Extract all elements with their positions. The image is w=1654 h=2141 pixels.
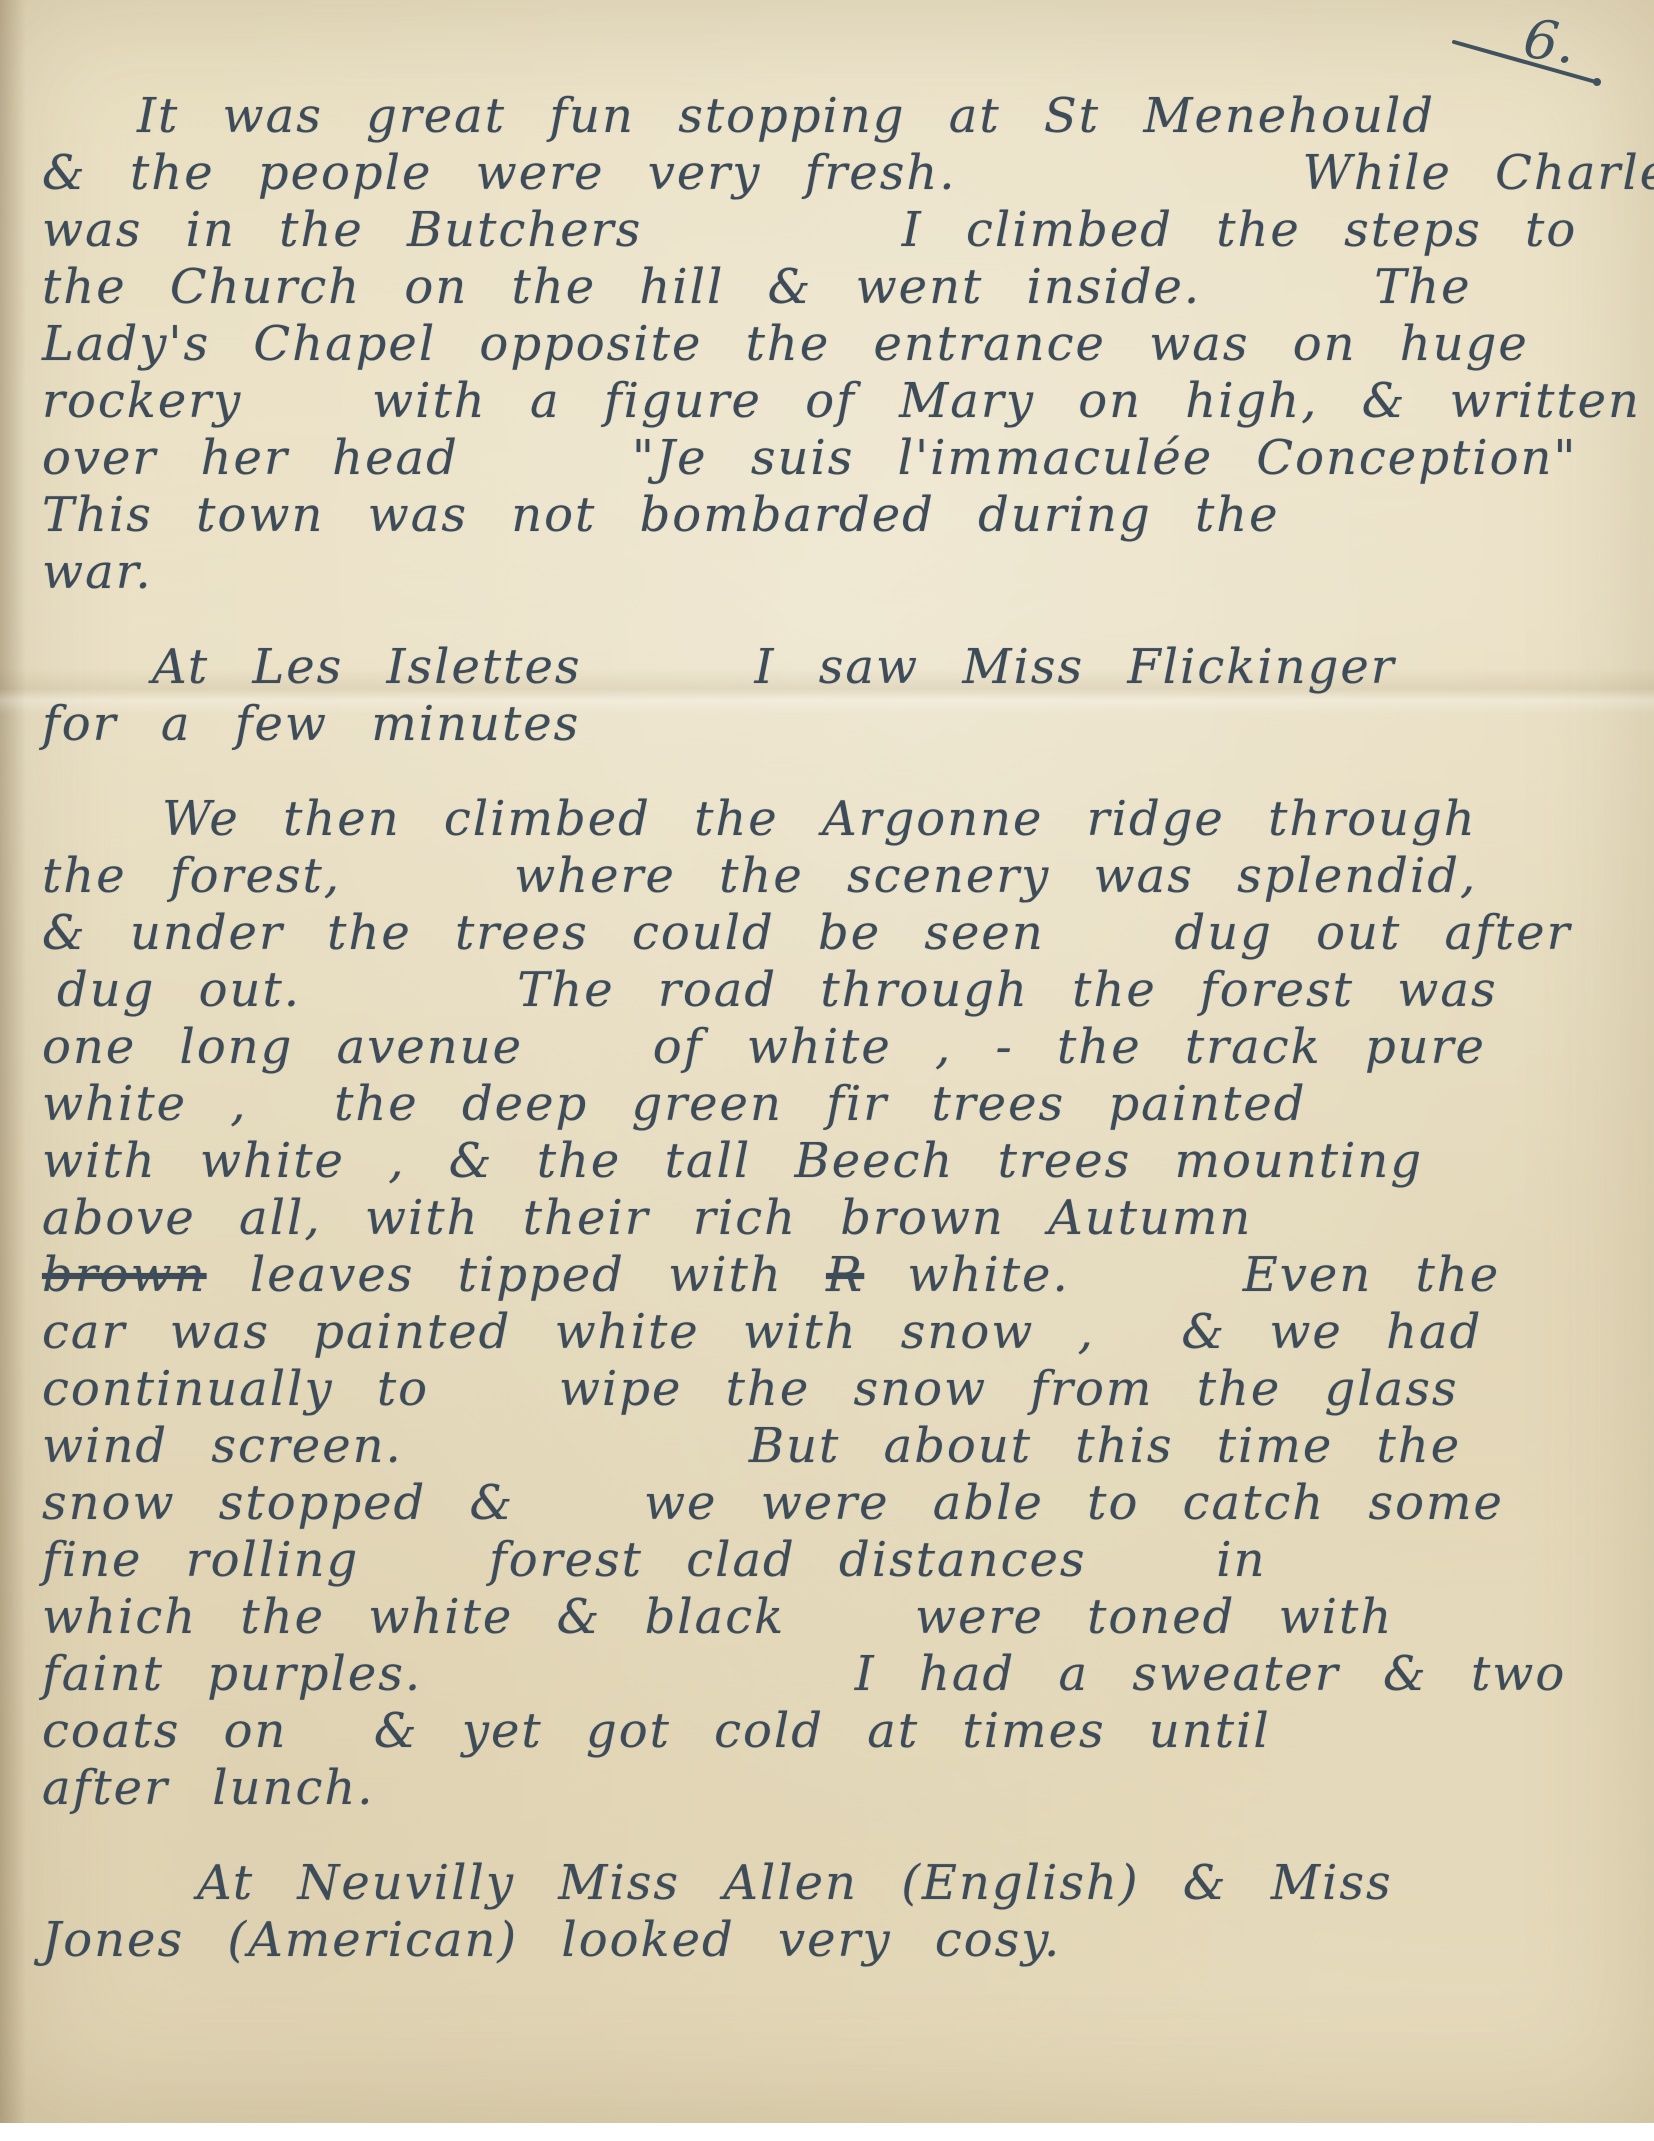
struck-out-word: brown: [42, 1247, 207, 1303]
scanned-letter-page: 6. It was great fun stopping at St Meneh…: [0, 0, 1654, 2141]
text-segment: snow stopped & we were able to catch som…: [42, 1475, 1504, 1531]
paper-edge-shadow: [0, 0, 26, 2123]
text-segment: fine rolling forest clad distances in: [42, 1532, 1267, 1588]
handwritten-line: snow stopped & we were able to catch som…: [42, 1475, 1654, 1532]
handwritten-line: war.: [42, 544, 1654, 601]
text-segment: the Church on the hill & went inside. Th…: [42, 259, 1472, 315]
handwritten-line: one long avenue of white , - the track p…: [42, 1019, 1654, 1076]
text-segment: continually to wipe the snow from the gl…: [42, 1361, 1459, 1417]
handwritten-line: car was painted white with snow , & we h…: [42, 1304, 1654, 1361]
text-segment: white. Even the: [864, 1247, 1500, 1303]
text-segment: faint purples. I had a sweater & two: [42, 1646, 1566, 1702]
text-segment: & under the trees could be seen dug out …: [42, 905, 1572, 961]
handwritten-line: the forest, where the scenery was splend…: [42, 848, 1654, 905]
handwritten-line: white , the deep green fir trees painted: [42, 1076, 1654, 1133]
handwritten-line: for a few minutes: [42, 696, 1654, 753]
text-segment: Jones (American) looked very cosy.: [42, 1912, 1061, 1968]
handwritten-line: fine rolling forest clad distances in: [42, 1532, 1654, 1589]
handwritten-line: was in the Butchers I climbed the steps …: [42, 202, 1654, 259]
handwritten-line: It was great fun stopping at St Menehoul…: [42, 88, 1654, 145]
text-segment: We then climbed the Argonne ridge throug…: [162, 791, 1477, 847]
text-segment: which the white & black were toned with: [42, 1589, 1393, 1645]
handwritten-line: & under the trees could be seen dug out …: [42, 905, 1654, 962]
text-segment: wind screen. But about this time the: [42, 1418, 1461, 1474]
paragraph: We then climbed the Argonne ridge throug…: [42, 791, 1654, 1817]
handwritten-line: rockery with a figure of Mary on high, &…: [42, 373, 1654, 430]
handwritten-line: At Neuvilly Miss Allen (English) & Miss: [42, 1855, 1654, 1912]
paragraph: At Neuvilly Miss Allen (English) & MissJ…: [42, 1855, 1654, 1969]
text-segment: coats on & yet got cold at times until: [42, 1703, 1271, 1759]
struck-out-word: R: [826, 1247, 864, 1303]
text-segment: the forest, where the scenery was splend…: [42, 848, 1477, 904]
handwritten-line: over her head "Je suis l'immaculée Conce…: [42, 430, 1654, 487]
handwritten-line: with white , & the tall Beech trees moun…: [42, 1133, 1654, 1190]
text-segment: car was painted white with snow , & we h…: [42, 1304, 1482, 1360]
text-segment: rockery with a figure of Mary on high, &…: [42, 373, 1641, 429]
text-segment: above all, with their rich brown Autumn: [42, 1190, 1252, 1246]
handwritten-line: Lady's Chapel opposite the entrance was …: [42, 316, 1654, 373]
text-segment: white , the deep green fir trees painted: [42, 1076, 1306, 1132]
text-segment: This town was not bombarded during the: [42, 487, 1280, 543]
handwritten-line: coats on & yet got cold at times until: [42, 1703, 1654, 1760]
handwritten-line: above all, with their rich brown Autumn: [42, 1190, 1654, 1247]
letter-paper: 6. It was great fun stopping at St Meneh…: [0, 0, 1654, 2123]
text-segment: Lady's Chapel opposite the entrance was …: [42, 316, 1529, 372]
paragraph: At Les Islettes I saw Miss Flickingerfor…: [42, 639, 1654, 753]
handwritten-line: wind screen. But about this time the: [42, 1418, 1654, 1475]
handwritten-line: We then climbed the Argonne ridge throug…: [42, 791, 1654, 848]
text-segment: was in the Butchers I climbed the steps …: [42, 202, 1577, 258]
handwritten-line: continually to wipe the snow from the gl…: [42, 1361, 1654, 1418]
handwritten-line: the Church on the hill & went inside. Th…: [42, 259, 1654, 316]
text-segment: over her head "Je suis l'immaculée Conce…: [42, 430, 1577, 486]
page-number-underline-stroke: [1450, 34, 1610, 94]
text-segment: war.: [42, 544, 153, 600]
text-segment: At Les Islettes I saw Miss Flickinger: [152, 639, 1396, 695]
text-segment: & the people were very fresh. While Char…: [42, 145, 1654, 201]
text-segment: after lunch.: [42, 1760, 375, 1816]
text-segment: one long avenue of white , - the track p…: [42, 1019, 1486, 1075]
letter-body: It was great fun stopping at St Menehoul…: [42, 88, 1654, 1969]
handwritten-line: Jones (American) looked very cosy.: [42, 1912, 1654, 1969]
handwritten-line: faint purples. I had a sweater & two: [42, 1646, 1654, 1703]
paragraph: It was great fun stopping at St Menehoul…: [42, 88, 1654, 601]
scanner-background-strip: [0, 2123, 1654, 2141]
text-segment: It was great fun stopping at St Menehoul…: [137, 88, 1435, 144]
text-segment: At Neuvilly Miss Allen (English) & Miss: [197, 1855, 1393, 1911]
text-segment: leaves tipped with: [207, 1247, 826, 1303]
text-segment: dug out. The road through the forest was: [57, 962, 1498, 1018]
handwritten-line: This town was not bombarded during the: [42, 487, 1654, 544]
handwritten-line: At Les Islettes I saw Miss Flickinger: [42, 639, 1654, 696]
handwritten-line: after lunch.: [42, 1760, 1654, 1817]
text-segment: with white , & the tall Beech trees moun…: [42, 1133, 1423, 1189]
handwritten-line: which the white & black were toned with: [42, 1589, 1654, 1646]
text-segment: for a few minutes: [42, 696, 580, 752]
handwritten-line: dug out. The road through the forest was: [42, 962, 1654, 1019]
handwritten-line: & the people were very fresh. While Char…: [42, 145, 1654, 202]
handwritten-line: brown leaves tipped with R white. Even t…: [42, 1247, 1654, 1304]
